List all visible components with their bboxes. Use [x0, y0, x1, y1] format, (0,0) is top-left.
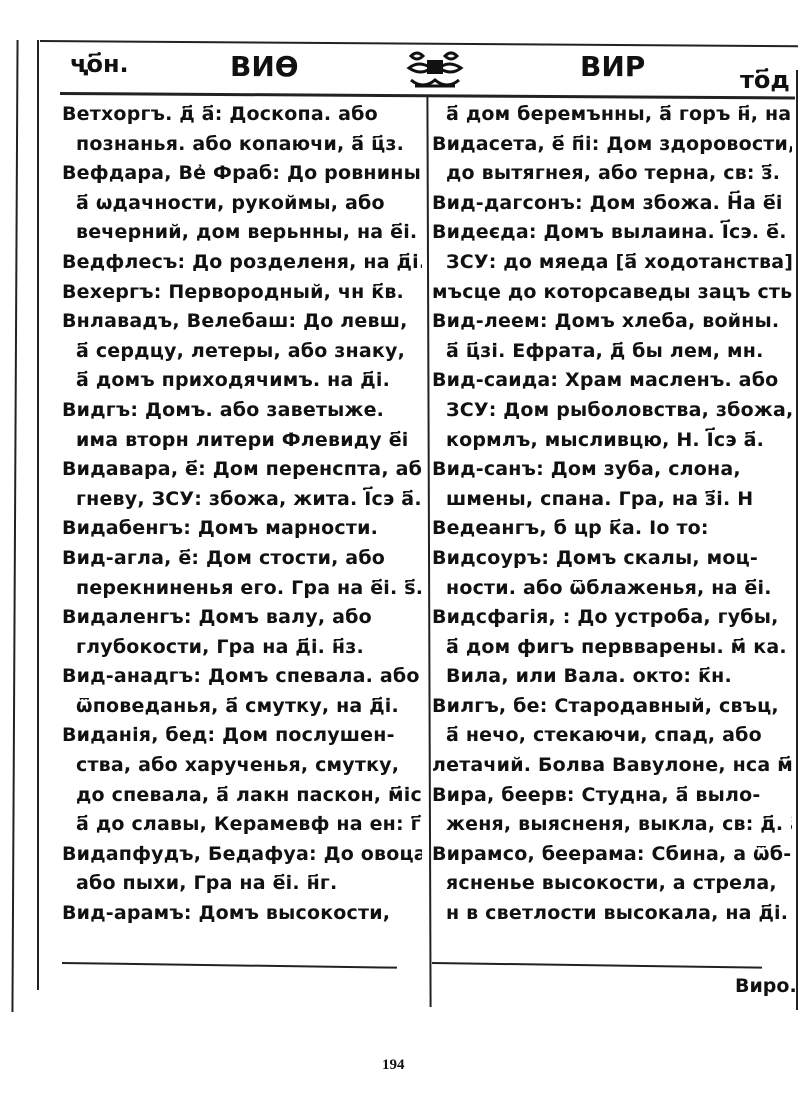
dictionary-line: Вид-дагсонъ: Дом збожа. Н҃а е҃і	[432, 189, 792, 219]
right-border	[796, 70, 798, 1010]
dictionary-line: Видгъ: Домъ. або заветыже.	[62, 396, 422, 426]
dictionary-line: Вид-агла, е҃: Дом стости, або	[62, 544, 422, 574]
dictionary-line: ѿповеданья, а҃ смутку, на д҃і.	[62, 692, 422, 722]
dictionary-line: Вид-арамъ: Домъ высокости,	[62, 899, 422, 929]
right-column-number: то҃д	[740, 66, 790, 94]
dictionary-line: Вирамсо, беерама: Сбина, а ѿб-	[432, 840, 792, 870]
dictionary-line: перекниненья его. Гра на е҃і. ѕ҃.	[62, 574, 422, 604]
dictionary-line: ЗСУ: Дом рыболовства, збожа,	[432, 396, 792, 426]
left-guide-word: ВИѲ	[230, 50, 299, 83]
dictionary-line: а҃ до славы, Керамевф на ен: г҃ п.	[62, 810, 422, 840]
dictionary-line: Вид-санъ: Дом зуба, слона,	[432, 455, 792, 485]
dictionary-line: Видаленгъ: Домъ валу, або	[62, 603, 422, 633]
dictionary-line: Вехергъ: Первородный, чн к҃в.	[62, 278, 422, 308]
dictionary-line: Видасета, е҃ п҃і: Дом здоровости,	[432, 130, 792, 160]
dictionary-line: Видабенгъ: Домъ марности.	[62, 514, 422, 544]
dictionary-line: Вилгъ, бе: Стародавный, свъц,	[432, 692, 792, 722]
dictionary-line: Внлавадъ, Велебаш: До левш,	[62, 307, 422, 337]
left-column-end-rule	[62, 962, 397, 969]
dictionary-line: Вид-анадгъ: Домъ спевала. або	[62, 662, 422, 692]
dictionary-line: Вид-леем: Домъ хлеба, войны.	[432, 307, 792, 337]
inner-left-border	[37, 40, 39, 990]
dictionary-line: мъсце до которсаведы зацъ стыса.	[432, 278, 792, 308]
left-column-number: ҷо҃н.	[70, 50, 129, 78]
dictionary-line: Ведеангъ, б цр к҃а. Іо то:	[432, 514, 792, 544]
dictionary-line: познанья. або копаючи, а҃ ц҃з.	[62, 130, 422, 160]
ornament-headpiece-icon	[405, 48, 465, 90]
dictionary-line: або пыхи, Гра на е҃і. н҃г.	[62, 869, 422, 899]
dictionary-line: летачий. Болва Вавулоне, нса м҃в.	[432, 751, 792, 781]
dictionary-line: Видсфагія, : До устроба, губы,	[432, 603, 792, 633]
dictionary-line: ЗСУ: до мяеда [а҃ ходотанства]	[432, 248, 792, 278]
dictionary-line: Видапфудъ, Бедафуа: До овоца,	[62, 840, 422, 870]
left-column: Ветхоргъ. д҃ а҃: Доскопа. абопознанья. а…	[62, 100, 422, 929]
catchword: Виро.	[735, 975, 797, 997]
dictionary-line: шмены, спана. Гра, на з҃і. Н	[432, 485, 792, 515]
dictionary-line: женя, выясненя, выкла, св: д҃. а҃ п з҃	[432, 810, 792, 840]
top-border	[40, 40, 798, 47]
dictionary-line: Видавара, е҃: Дом перенспта, або	[62, 455, 422, 485]
dictionary-line: Виданія, бед: Дом послушен-	[62, 721, 422, 751]
dictionary-line: Вила, или Вала. окто: к҃н.	[432, 662, 792, 692]
dictionary-line: а҃ домъ приходячимъ. на д҃і.	[62, 366, 422, 396]
dictionary-line: а҃ дом фигъ первварены. м҃ ка.	[432, 633, 792, 663]
dictionary-line: а҃ дом беремънны, а҃ горъ н҃, на г҃і.	[432, 100, 792, 130]
dictionary-line: до спевала, а҃ лакн паскон, м҃іса.	[62, 781, 422, 811]
dictionary-line: а҃ ѡдачности, рукоймы, або	[62, 189, 422, 219]
dictionary-line: а҃ ц҃зі. Ефрата, д҃ бы лем, мн.	[432, 337, 792, 367]
dictionary-line: кормлъ, мысливцю, Н. І҃сэ а҃.	[432, 426, 792, 456]
dictionary-line: Видсоуръ: Домъ скалы, моц-	[432, 544, 792, 574]
dictionary-line: Вира, беерв: Студна, а҃ выло-	[432, 781, 792, 811]
right-column: а҃ дом беремънны, а҃ горъ н҃, на г҃і.Вид…	[432, 100, 792, 929]
dictionary-line: глубокости, Гра на д҃і. н҃з.	[62, 633, 422, 663]
dictionary-line: Ведфлесъ: До розделеня, на д҃і.	[62, 248, 422, 278]
dictionary-line: гневу, ЗСУ: збожа, жита. І҃сэ а҃.	[62, 485, 422, 515]
dictionary-line: ства, або харученья, смутку,	[62, 751, 422, 781]
dictionary-line: а҃ нечо, стекаючи, спад, або	[432, 721, 792, 751]
dictionary-line: ности. або ѿблаженья, на е҃і.	[432, 574, 792, 604]
dictionary-line: до вытягнея, або терна, св: з҃.	[432, 159, 792, 189]
dictionary-line: вечерний, дом верьнны, на е҃і. ѕ҃.	[62, 218, 422, 248]
column-divider	[426, 95, 431, 1007]
dictionary-line: Вефдара, Ве҆ Фраб: До ровнины.	[62, 159, 422, 189]
dictionary-line: има вторн литери Флевиду е҃і	[62, 426, 422, 456]
right-column-end-rule	[432, 962, 762, 969]
dictionary-line: Вид-саида: Храм масленъ. або	[432, 366, 792, 396]
dictionary-line: Ветхоргъ. д҃ а҃: Доскопа. або	[62, 100, 422, 130]
dictionary-line: Видеєда: Домъ вылаина. І҃сэ. е҃.	[432, 218, 792, 248]
dictionary-line: а҃ сердцу, летеры, або знаку,	[62, 337, 422, 367]
right-guide-word: ВИР	[580, 50, 645, 83]
outer-left-border	[11, 40, 18, 1012]
dictionary-line: н в светлости высокала, на д҃і.	[432, 899, 792, 929]
page-number: 194	[382, 1057, 405, 1074]
dictionary-line: ясненье высокости, а стрела,	[432, 869, 792, 899]
